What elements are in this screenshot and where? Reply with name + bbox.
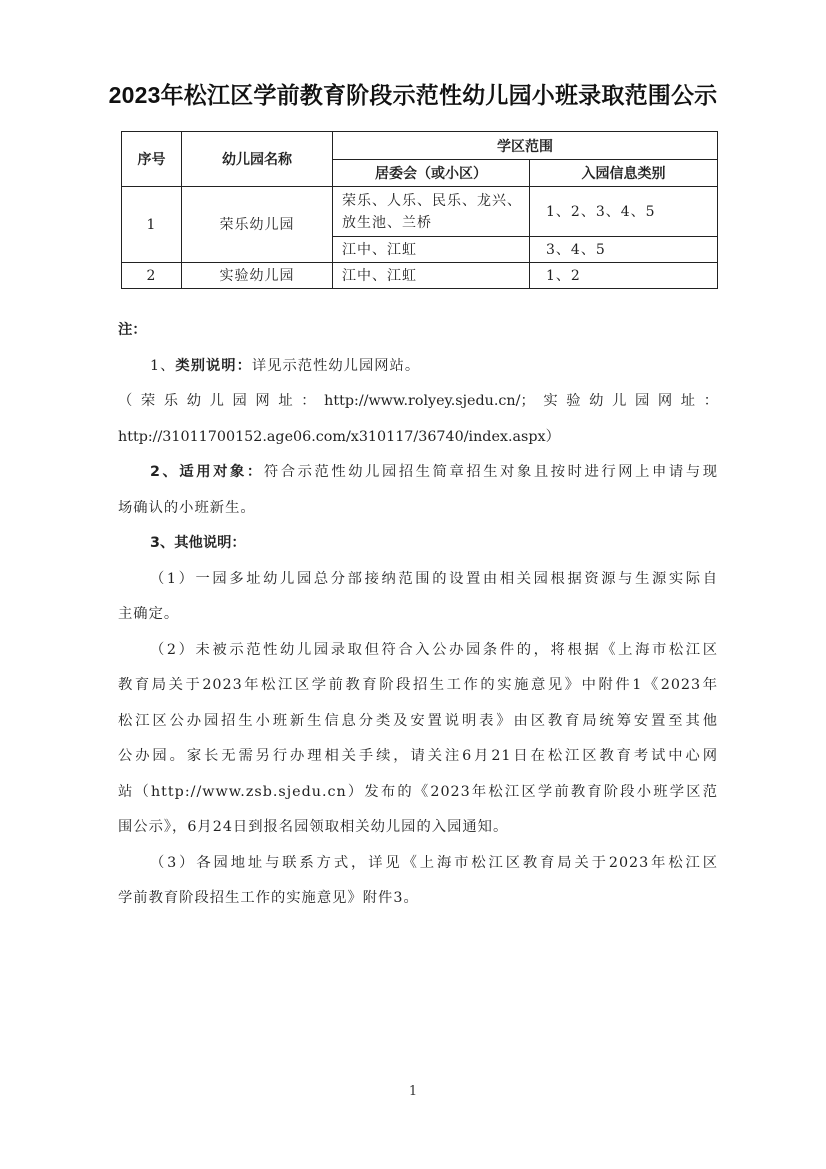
- notes-heading: 注：: [118, 313, 718, 349]
- website-urls-line: http://31011700152.age06.com/x310117/367…: [118, 420, 718, 456]
- header-category: 入园信息类别: [530, 160, 718, 187]
- category-cell: 1、2: [530, 263, 718, 289]
- category-cell: 1、2、3、4、5: [530, 187, 718, 237]
- category-cell: 3、4、5: [530, 237, 718, 263]
- note-text-line: 学前教育阶段招生工作的实施意见》附件3。: [118, 881, 718, 917]
- note-text-line: 围公示》，6月24日到报名园领取相关幼儿园的入园通知。: [118, 810, 718, 846]
- note-item-3-heading: 3、其他说明：: [118, 526, 718, 562]
- note-text-line: 教育局关于2023年松江区学前教育阶段招生工作的实施意见》中附件1《2023年: [118, 668, 718, 704]
- note-text-line: （3）各园地址与联系方式，详见《上海市松江区教育局关于2023年松江区: [118, 846, 718, 882]
- note-bold-label: 类别说明：: [175, 358, 251, 374]
- note-text-line: 场确认的小班新生。: [118, 491, 718, 527]
- admission-range-table: 序号 幼儿园名称 学区范围 居委会（或小区） 入园信息类别 1 荣乐幼儿园 荣乐…: [121, 131, 718, 289]
- header-index: 序号: [122, 132, 182, 187]
- notes-section: 注： 1、类别说明：详见示范性幼儿园网站。 （荣乐幼儿园网址：http://ww…: [118, 313, 718, 917]
- note-label: 1、: [150, 358, 175, 374]
- page-number: 1: [0, 1084, 826, 1099]
- header-committee: 居委会（或小区）: [333, 160, 530, 187]
- note-text-line: 公办园。家长无需另行办理相关手续，请关注6月21日在松江区教育考试中心网: [118, 739, 718, 775]
- website-urls-line: （荣乐幼儿园网址：http://www.rolyey.sjedu.cn/；实验幼…: [118, 384, 718, 420]
- note-item-2: 2、适用对象：符合示范性幼儿园招生简章招生对象且按时进行网上申请与现: [118, 455, 718, 491]
- table-row: 1 荣乐幼儿园 荣乐、人乐、民乐、龙兴、 放生池、兰桥 1、2、3、4、5: [122, 187, 718, 237]
- row-index: 1: [122, 187, 182, 263]
- note-item-1: 1、类别说明：详见示范性幼儿园网站。: [118, 349, 718, 385]
- note-text: 符合示范性幼儿园招生简章招生对象且按时进行网上申请与现: [264, 464, 718, 480]
- committee-cell: 江中、江虹: [333, 237, 530, 263]
- kindergarten-name: 荣乐幼儿园: [182, 187, 333, 263]
- note-text-line: 松江区公办园招生小班新生信息分类及安置说明表》由区教育局统筹安置至其他: [118, 704, 718, 740]
- note-text-line: 主确定。: [118, 597, 718, 633]
- document-title: 2023年松江区学前教育阶段示范性幼儿园小班录取范围公示: [0, 77, 826, 110]
- committee-cell: 江中、江虹: [333, 263, 530, 289]
- table-row: 2 实验幼儿园 江中、江虹 1、2: [122, 263, 718, 289]
- note-text-line: 站（http://www.zsb.sjedu.cn）发布的《2023年松江区学前…: [118, 775, 718, 811]
- note-text-line: （1）一园多址幼儿园总分部接纳范围的设置由相关园根据资源与生源实际自: [118, 562, 718, 598]
- row-index: 2: [122, 263, 182, 289]
- note-bold-label: 2、适用对象：: [150, 464, 264, 480]
- header-district-range: 学区范围: [333, 132, 718, 160]
- committee-line: 荣乐、人乐、民乐、龙兴、: [342, 190, 529, 212]
- committee-line: 放生池、兰桥: [342, 212, 529, 234]
- kindergarten-name: 实验幼儿园: [182, 263, 333, 289]
- committee-cell: 荣乐、人乐、民乐、龙兴、 放生池、兰桥: [333, 187, 530, 237]
- note-text: 详见示范性幼儿园网站。: [252, 358, 420, 374]
- note-text-line: （2）未被示范性幼儿园录取但符合入公办园条件的，将根据《上海市松江区: [118, 633, 718, 669]
- header-kindergarten-name: 幼儿园名称: [182, 132, 333, 187]
